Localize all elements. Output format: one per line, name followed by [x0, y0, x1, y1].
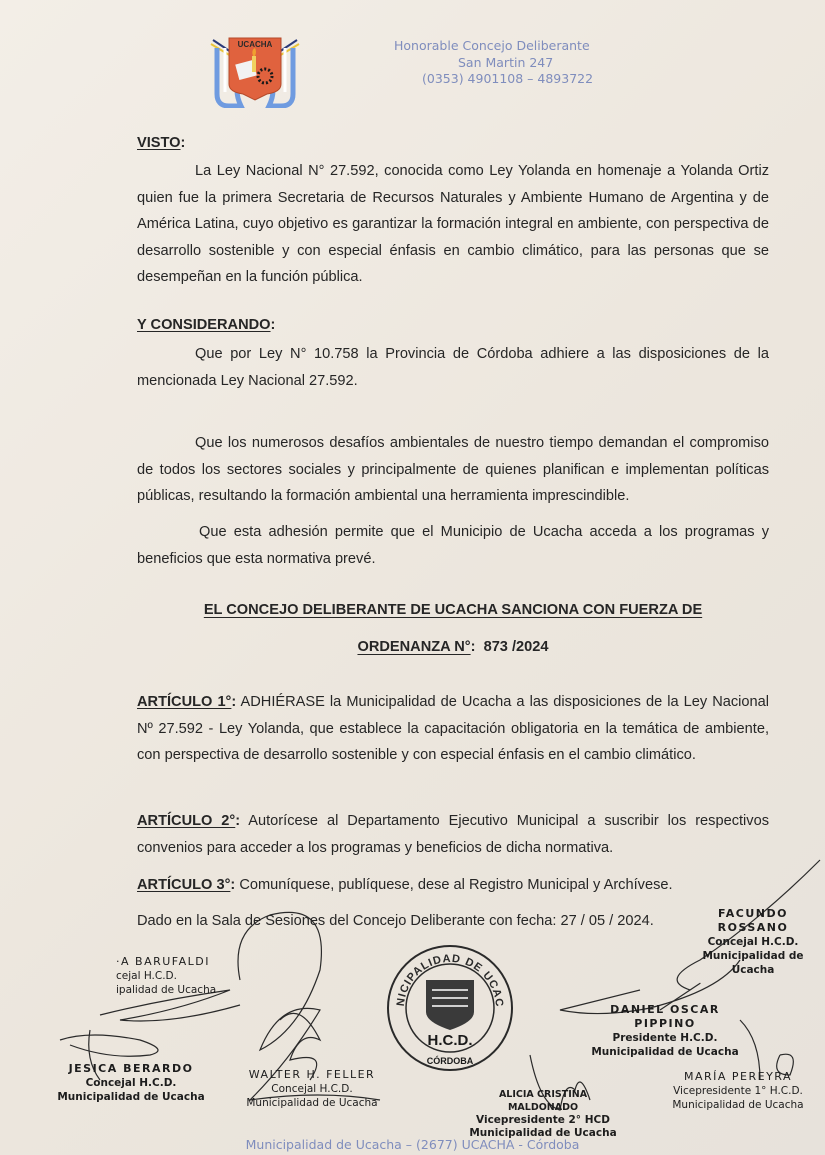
svg-text:CÓRDOBA: CÓRDOBA — [427, 1055, 474, 1066]
svg-text:MUNICIPALIDAD DE UCACHA: MUNICIPALIDAD DE UCACHA — [384, 942, 505, 1008]
article-3: ARTÍCULO 3°: Comuníquese, publíquese, de… — [137, 872, 769, 899]
phone-numbers: (0353) 4901108 – 4893722 — [392, 71, 622, 88]
considerando-paragraph-2: Que los numerosos desafíos ambientales d… — [137, 430, 769, 510]
visto-heading: VISTO: — [137, 135, 185, 151]
svg-text:H.C.D.: H.C.D. — [428, 1032, 473, 1049]
considerando-heading: Y CONSIDERANDO: — [137, 317, 275, 333]
given-date: Dado en la Sala de Sesiones del Concejo … — [137, 908, 769, 935]
signatory-jesica-berardo: JESICA BERARDO Concejal H.C.D. Municipal… — [56, 1062, 206, 1104]
signatory-alicia-maldonado: ALICIA CRISTINA MALDONADO Vicepresidente… — [463, 1088, 623, 1140]
considerando-paragraph-3: Que esta adhesión permite que el Municip… — [137, 519, 769, 572]
signatory-maria-pereyra: MARÍA PEREYRA Vicepresidente 1° H.C.D. M… — [658, 1070, 818, 1112]
municipal-crest-logo: UCACHA — [207, 32, 303, 108]
footer-address: Municipalidad de Ucacha – (2677) UCACHA … — [0, 1137, 825, 1152]
institution-name: Honorable Concejo Deliberante — [392, 38, 622, 55]
article-2: ARTÍCULO 2°: Autorícese al Departamento … — [137, 808, 769, 861]
address: San Martin 247 — [392, 55, 622, 72]
sanction-heading: EL CONCEJO DELIBERANTE DE UCACHA SANCION… — [137, 602, 769, 618]
considerando-paragraph-1: Que por Ley N° 10.758 la Provincia de Có… — [137, 341, 769, 394]
letterhead-contact: Honorable Concejo Deliberante San Martin… — [392, 38, 622, 88]
signatory-barufaldi: ·A BARUFALDI cejal H.C.D. ipalidad de Uc… — [116, 955, 226, 997]
visto-paragraph: La Ley Nacional N° 27.592, conocida como… — [137, 158, 769, 291]
signatory-facundo-rossano: FACUNDO ROSSANO Concejal H.C.D. Municipa… — [683, 907, 823, 977]
ordinance-document: UCACHA Honorable Concejo Deliberante San… — [0, 0, 825, 1155]
ordinance-number: 873 /2024 — [484, 639, 549, 655]
ordinance-number-heading: ORDENANZA N°: 873 /2024 — [137, 639, 769, 655]
signatory-daniel-pippino: DANIEL OSCAR PIPPINO Presidente H.C.D. M… — [580, 1003, 750, 1059]
signatory-walter-feller: WALTER H. FELLER Concejal H.C.D. Municip… — [232, 1068, 392, 1110]
svg-text:UCACHA: UCACHA — [238, 40, 273, 49]
article-1: ARTÍCULO 1°: ADHIÉRASE la Municipalidad … — [137, 689, 769, 769]
hcd-seal: MUNICIPALIDAD DE UCACHA H.C.D. CÓRDOBA — [384, 942, 516, 1074]
